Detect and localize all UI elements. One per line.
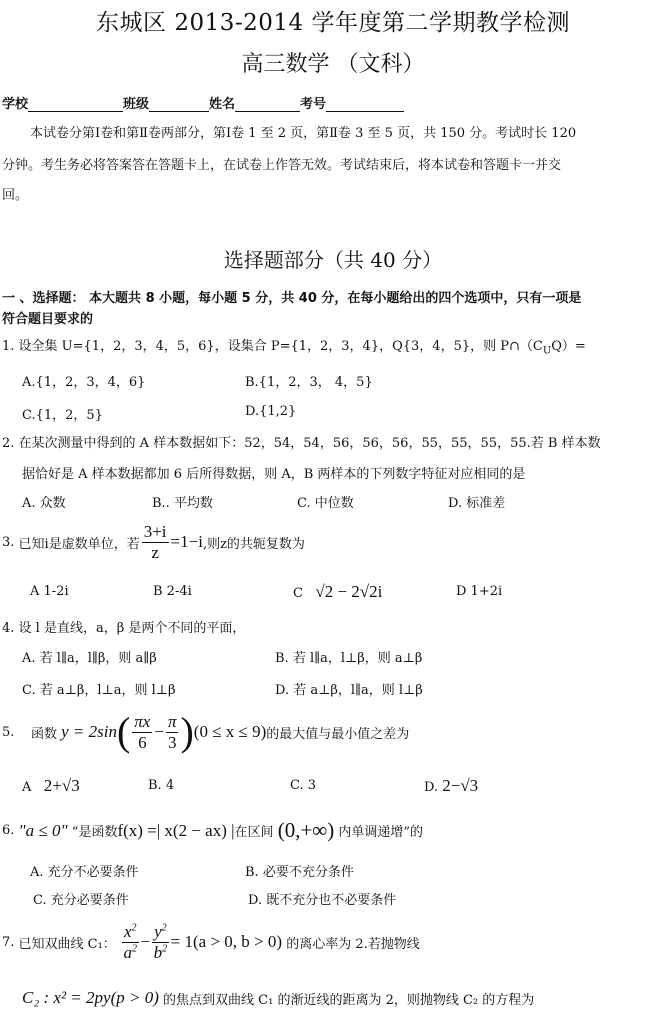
question-2-option-d[interactable]: D. 标准差: [448, 492, 505, 511]
question-6-option-a[interactable]: A. 充分不必要条件: [30, 861, 139, 880]
fraction-y2-over-b2: y2b2: [152, 922, 169, 962]
section-intro-line-1: 一 、选择题： 本大题共 8 小题，每小题 5 分，共 40 分，在每小题给出的…: [2, 287, 581, 306]
question-3-option-a[interactable]: A 1-2i: [30, 584, 69, 599]
question-1-stem: 1. 设全集 U={1，2，3，4，5，6}，设集合 P={1，2，3，4}，Q…: [2, 335, 586, 357]
question-3-option-c[interactable]: C √2 − 2√2i: [293, 582, 382, 602]
field-name-blank[interactable]: [235, 97, 300, 112]
question-2-stem-line-2: 据恰好是 A 样本数据都加 6 后所得数据，则 A，B 两样本的下列数字特征对应…: [22, 463, 525, 482]
section-intro-line-2: 符合题目要求的: [2, 308, 93, 327]
question-3-option-b[interactable]: B 2-4i: [153, 584, 192, 599]
field-school-label: 学校: [2, 97, 28, 112]
question-2-option-b[interactable]: B.. 平均数: [152, 492, 213, 511]
question-1-option-d[interactable]: D.{1,2}: [245, 404, 296, 419]
question-1-option-b[interactable]: B.{1，2，3， 4，5}: [245, 371, 373, 390]
question-1-option-c[interactable]: C.{1，2，5}: [22, 404, 103, 423]
question-3-stem: 3. 已知i是虚数单位，若 3+iz =1−i,则z的共轭复数为: [2, 522, 305, 562]
question-5-stem: 5. 函数 y = 2sin ( πx6 − π3 ) (0 ≤ x ≤ 9) …: [2, 712, 409, 752]
question-5-option-c[interactable]: C. 3: [290, 778, 316, 793]
fraction-3-plus-i-over-z: 3+iz: [142, 522, 169, 562]
question-4-stem: 4. 设 l 是直线，a，β 是两个不同的平面，: [2, 617, 245, 636]
left-paren: (: [117, 712, 130, 752]
question-1-option-a[interactable]: A.{1，2，3，4，6}: [22, 371, 145, 390]
question-2-option-a[interactable]: A. 众数: [22, 492, 66, 511]
exam-title: 东城区 2013-2014 学年度第二学期教学检测: [0, 4, 666, 37]
right-paren: ): [180, 712, 193, 752]
question-7-stem-line-2: C₂ : x² = 2py(p > 0) 的焦点到双曲线 C₁ 的渐近线的距离为…: [22, 988, 534, 1008]
instructions-line-2: 分钟。考生务必将答案答在答题卡上，在试卷上作答无效。考试结束后，将本试卷和答题卡…: [2, 154, 561, 173]
question-6-option-c[interactable]: C. 充分必要条件: [33, 889, 129, 908]
question-6-option-b[interactable]: B. 必要不充分条件: [245, 861, 354, 880]
field-class-label: 班级: [123, 97, 149, 112]
question-5-option-b[interactable]: B. 4: [148, 778, 174, 793]
exam-subtitle: 高三数学 （文科）: [0, 47, 666, 78]
question-6-option-d[interactable]: D. 既不充分也不必要条件: [248, 889, 396, 908]
question-4-option-a[interactable]: A. 若 l∥a，l∥β，则 a∥β: [22, 647, 157, 666]
field-school-blank[interactable]: [28, 97, 123, 112]
question-4-option-d[interactable]: D. 若 a⊥β，l∥a，则 l⊥β: [275, 679, 423, 698]
field-id-label: 考号: [300, 97, 326, 112]
field-id-blank[interactable]: [326, 97, 404, 112]
instructions-line-1: 本试卷分第Ⅰ卷和第Ⅱ卷两部分，第Ⅰ卷 1 至 2 页，第Ⅱ卷 3 至 5 页，共…: [30, 122, 576, 141]
question-4-option-c[interactable]: C. 若 a⊥β，l⊥a，则 l⊥β: [22, 679, 176, 698]
question-4-option-b[interactable]: B. 若 l∥a，l⊥β，则 a⊥β: [275, 647, 422, 666]
field-class-blank[interactable]: [149, 97, 209, 112]
question-2-stem-line-1: 2. 在某次测量中得到的 A 样本数据如下：52，54，54，56，56，56，…: [2, 432, 601, 451]
question-3-option-d[interactable]: D 1+2i: [456, 584, 502, 599]
question-5-option-a[interactable]: A 2+√3: [22, 776, 80, 796]
question-5-option-d[interactable]: D. 2−√3: [424, 776, 478, 796]
question-7-stem-line-1: 7. 已知双曲线 C₁： x2a2 − y2b2 = 1(a > 0, b > …: [2, 922, 420, 962]
field-name-label: 姓名: [209, 97, 235, 112]
question-6-stem: 6. "a ≤ 0" “是函数 f(x) =| x(2 − ax) | 在区间 …: [2, 818, 423, 843]
fraction-x2-over-a2: x2a2: [122, 922, 139, 962]
student-info-fields: 学校班级姓名考号: [2, 93, 404, 112]
instructions-line-3: 回。: [2, 184, 28, 203]
question-2-option-c[interactable]: C. 中位数: [297, 492, 354, 511]
section-heading: 选择题部分（共 40 分）: [0, 244, 666, 273]
